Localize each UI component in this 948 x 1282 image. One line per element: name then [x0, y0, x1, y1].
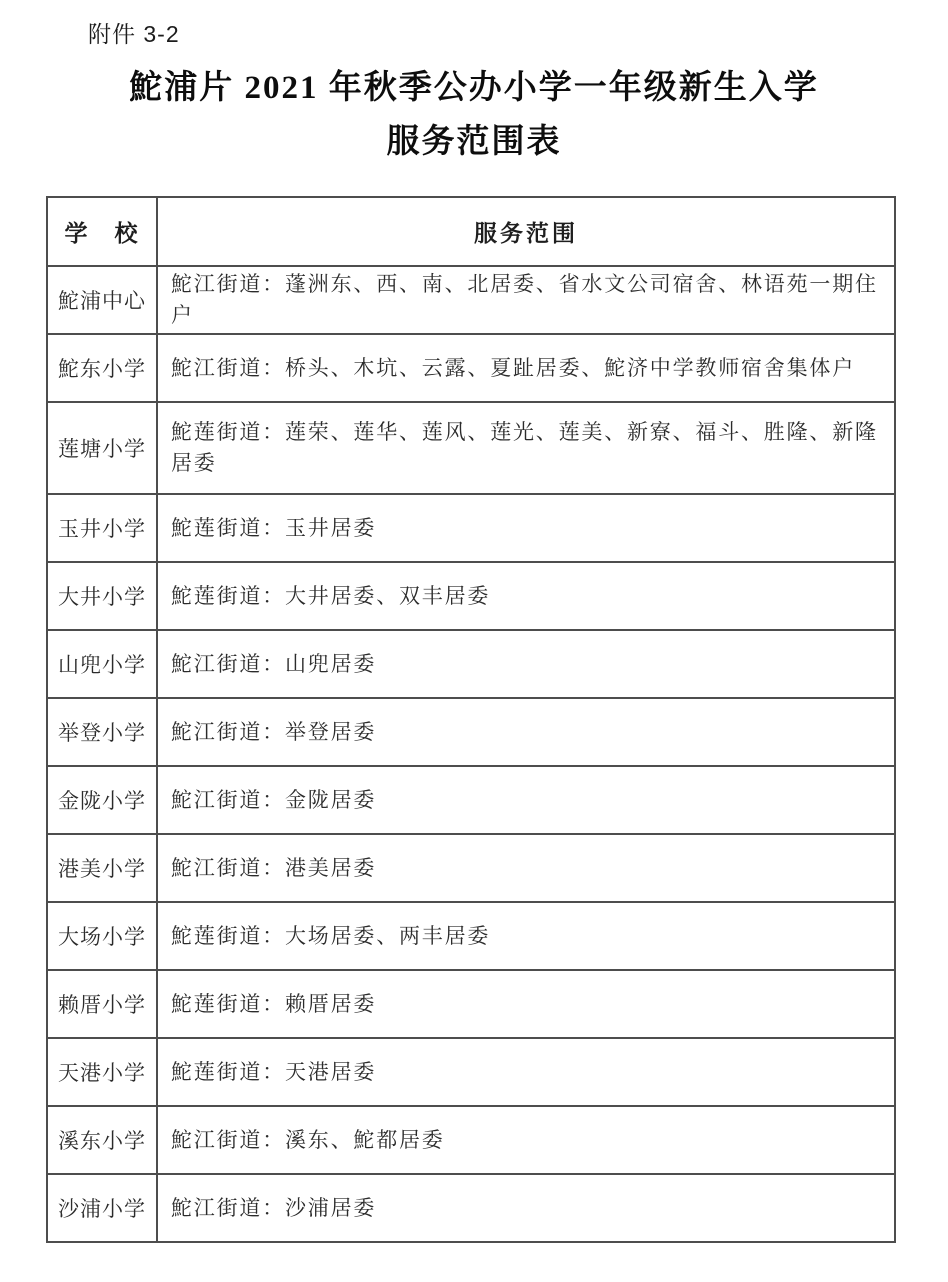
school-name-cell: 鮀东小学 [47, 334, 157, 402]
school-name-cell: 金陇小学 [47, 766, 157, 834]
service-range-cell: 鮀江街道：溪东、鮀都居委 [157, 1106, 895, 1174]
table-row: 大井小学鮀莲街道：大井居委、双丰居委 [47, 562, 895, 630]
service-range-cell: 鮀莲街道：大井居委、双丰居委 [157, 562, 895, 630]
school-name-cell: 港美小学 [47, 834, 157, 902]
service-range-cell: 鮀江街道：桥头、木坑、云露、夏趾居委、鮀济中学教师宿舍集体户 [157, 334, 895, 402]
table-row: 赖厝小学鮀莲街道：赖厝居委 [47, 970, 895, 1038]
service-range-cell: 鮀莲街道：大场居委、两丰居委 [157, 902, 895, 970]
table-row: 莲塘小学鮀莲街道：莲荣、莲华、莲风、莲光、莲美、新寮、福斗、胜隆、新隆居委 [47, 402, 895, 494]
school-name-cell: 山兜小学 [47, 630, 157, 698]
table-row: 沙浦小学鮀江街道：沙浦居委 [47, 1174, 895, 1242]
page-title-line1: 鮀浦片 2021 年秋季公办小学一年级新生入学 [0, 61, 948, 115]
page-title-line2: 服务范围表 [0, 115, 948, 169]
table-row: 溪东小学鮀江街道：溪东、鮀都居委 [47, 1106, 895, 1174]
column-header-school: 学 校 [47, 197, 157, 266]
service-range-cell: 鮀莲街道：赖厝居委 [157, 970, 895, 1038]
service-range-cell: 鮀莲街道：天港居委 [157, 1038, 895, 1106]
service-range-cell: 鮀江街道：蓬洲东、西、南、北居委、省水文公司宿舍、林语苑一期住户 [157, 266, 895, 334]
table-row: 鮀浦中心鮀江街道：蓬洲东、西、南、北居委、省水文公司宿舍、林语苑一期住户 [47, 266, 895, 334]
table-row: 天港小学鮀莲街道：天港居委 [47, 1038, 895, 1106]
school-name-cell: 玉井小学 [47, 494, 157, 562]
school-name-cell: 天港小学 [47, 1038, 157, 1106]
service-range-cell: 鮀江街道：山兜居委 [157, 630, 895, 698]
service-table-head: 学 校 服务范围 [47, 197, 895, 266]
column-header-service-range: 服务范围 [157, 197, 895, 266]
service-range-cell: 鮀江街道：港美居委 [157, 834, 895, 902]
table-row: 举登小学鮀江街道：举登居委 [47, 698, 895, 766]
school-name-cell: 鮀浦中心 [47, 266, 157, 334]
school-name-cell: 举登小学 [47, 698, 157, 766]
school-name-cell: 溪东小学 [47, 1106, 157, 1174]
service-range-table: 学 校 服务范围 鮀浦中心鮀江街道：蓬洲东、西、南、北居委、省水文公司宿舍、林语… [46, 196, 896, 1243]
service-range-cell: 鮀江街道：金陇居委 [157, 766, 895, 834]
table-row: 玉井小学鮀莲街道：玉井居委 [47, 494, 895, 562]
table-row: 大场小学鮀莲街道：大场居委、两丰居委 [47, 902, 895, 970]
service-range-cell: 鮀莲街道：玉井居委 [157, 494, 895, 562]
service-range-cell: 鮀莲街道：莲荣、莲华、莲风、莲光、莲美、新寮、福斗、胜隆、新隆居委 [157, 402, 895, 494]
table-row: 山兜小学鮀江街道：山兜居委 [47, 630, 895, 698]
header-row: 学 校 服务范围 [47, 197, 895, 266]
school-name-cell: 大井小学 [47, 562, 157, 630]
school-name-cell: 莲塘小学 [47, 402, 157, 494]
service-range-cell: 鮀江街道：举登居委 [157, 698, 895, 766]
attachment-label: 附件 3-2 [88, 16, 948, 49]
school-name-cell: 大场小学 [47, 902, 157, 970]
page-title: 鮀浦片 2021 年秋季公办小学一年级新生入学 服务范围表 [0, 61, 948, 170]
table-row: 港美小学鮀江街道：港美居委 [47, 834, 895, 902]
school-name-cell: 赖厝小学 [47, 970, 157, 1038]
table-row: 鮀东小学鮀江街道：桥头、木坑、云露、夏趾居委、鮀济中学教师宿舍集体户 [47, 334, 895, 402]
table-row: 金陇小学鮀江街道：金陇居委 [47, 766, 895, 834]
school-name-cell: 沙浦小学 [47, 1174, 157, 1242]
service-table-body: 鮀浦中心鮀江街道：蓬洲东、西、南、北居委、省水文公司宿舍、林语苑一期住户鮀东小学… [47, 266, 895, 1242]
service-range-cell: 鮀江街道：沙浦居委 [157, 1174, 895, 1242]
